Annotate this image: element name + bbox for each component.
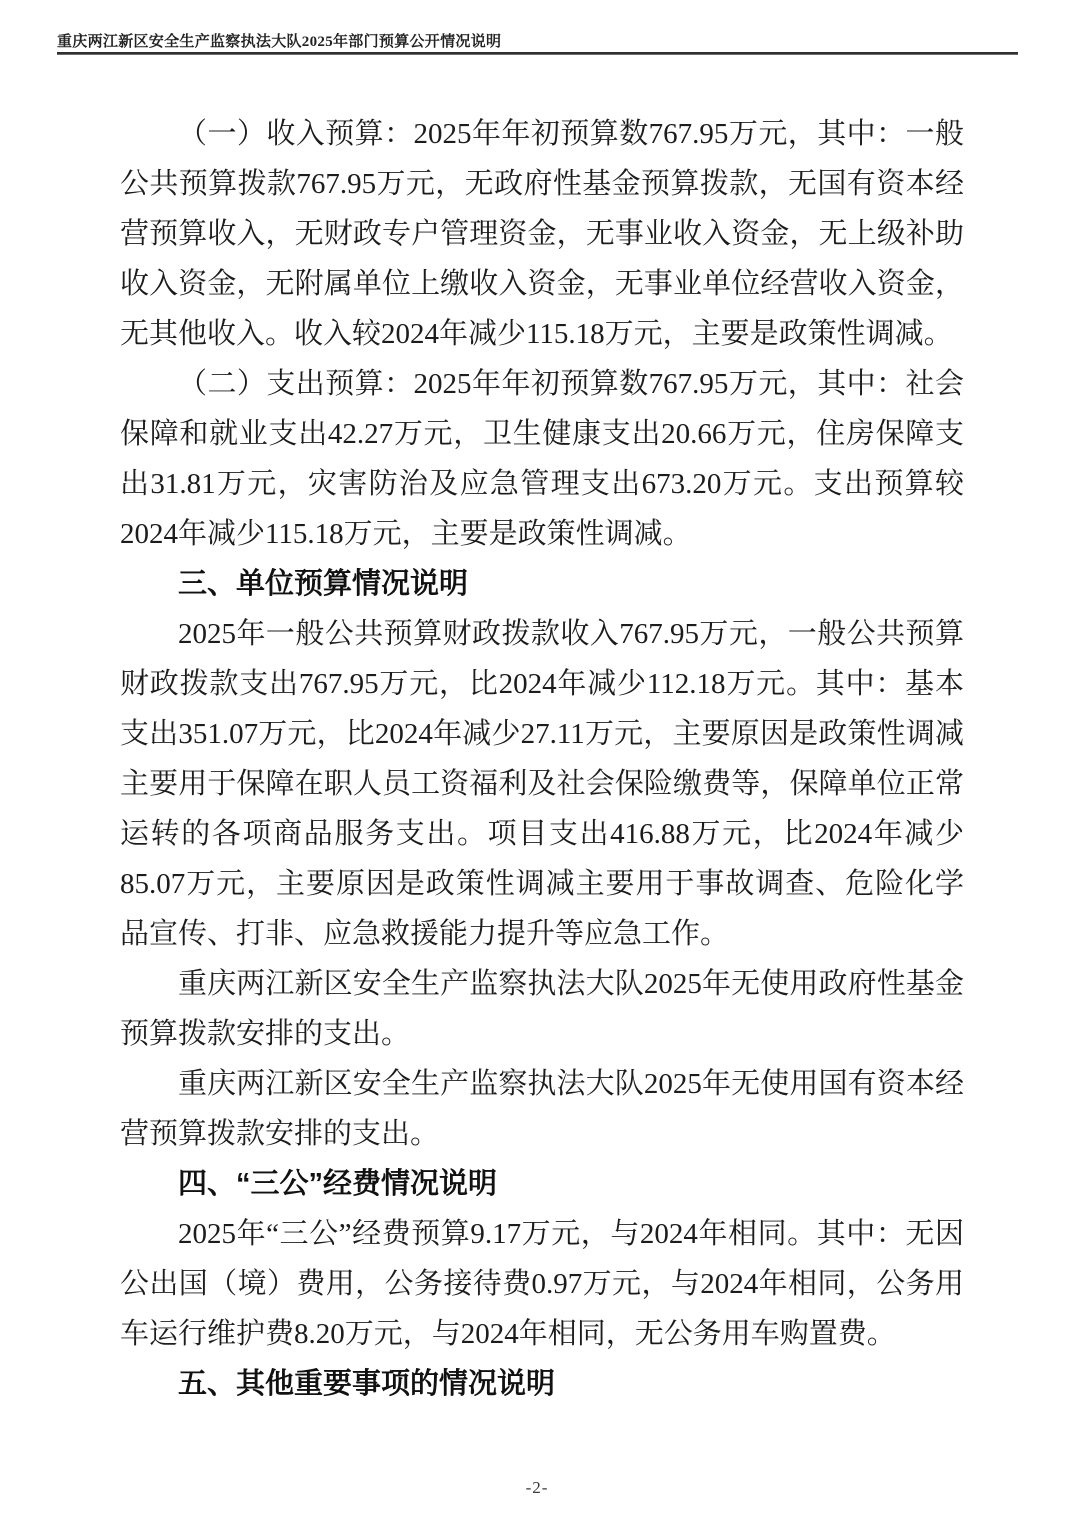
header-rule bbox=[57, 52, 1018, 55]
paragraph-unit-budget-detail: 2025年一般公共预算财政拨款收入767.95万元，一般公共预算财政拨款支出76… bbox=[120, 609, 964, 959]
paragraph-three-public-funds-detail: 2025年“三公”经费预算9.17万元，与2024年相同。其中：无因公出国（境）… bbox=[120, 1209, 964, 1359]
heading-section-4-three-public-funds: 四、“三公”经费情况说明 bbox=[120, 1159, 964, 1209]
paragraph-income-budget: （一）收入预算：2025年年初预算数767.95万元，其中：一般公共预算拨款76… bbox=[120, 109, 964, 359]
paragraph-expenditure-budget: （二）支出预算：2025年年初预算数767.95万元，其中：社会保障和就业支出4… bbox=[120, 359, 964, 559]
heading-section-5-other-important-matters: 五、其他重要事项的情况说明 bbox=[120, 1359, 964, 1409]
page-footer: -2- bbox=[0, 1478, 1074, 1498]
document-page: 重庆两江新区安全生产监察执法大队2025年部门预算公开情况说明 （一）收入预算：… bbox=[0, 0, 1074, 1520]
page-header-title: 重庆两江新区安全生产监察执法大队2025年部门预算公开情况说明 bbox=[57, 30, 501, 51]
paragraph-no-state-capital-expenditure: 重庆两江新区安全生产监察执法大队2025年无使用国有资本经营预算拨款安排的支出。 bbox=[120, 1059, 964, 1159]
heading-section-3-unit-budget: 三、单位预算情况说明 bbox=[120, 559, 964, 609]
document-body: （一）收入预算：2025年年初预算数767.95万元，其中：一般公共预算拨款76… bbox=[120, 109, 964, 1409]
paragraph-no-government-fund-expenditure: 重庆两江新区安全生产监察执法大队2025年无使用政府性基金预算拨款安排的支出。 bbox=[120, 959, 964, 1059]
page-number: -2- bbox=[526, 1478, 549, 1497]
